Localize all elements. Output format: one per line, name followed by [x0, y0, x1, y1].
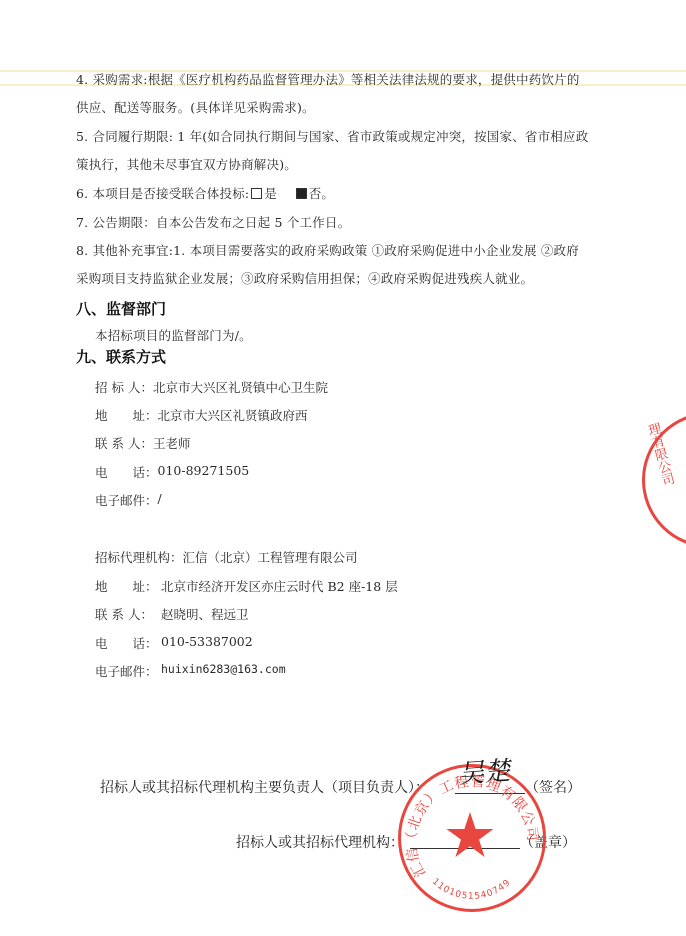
field-label: 电 话：: [95, 634, 161, 652]
tenderer-phone-row: 电 话：010-89271505: [95, 463, 249, 481]
section-8-body: 本招标项目的监督部门为/。: [95, 326, 252, 344]
item-6: 6. 本项目是否接受联合体投标:是 否。: [76, 184, 334, 202]
item-6-prefix: 6. 本项目是否接受联合体投标:: [76, 186, 249, 201]
item-4-line-2: 供应、配送等服务。(具体详见采购需求)。: [76, 98, 315, 116]
agency-address-row: 地 址：北京市经济开发区亦庄云时代 B2 座-18 层: [95, 577, 398, 595]
agency-name-row: 招标代理机构：汇信（北京）工程管理有限公司: [95, 548, 358, 566]
tenderer-name-row: 招 标 人：北京市大兴区礼贤镇中心卫生院: [95, 378, 328, 396]
field-label: 联 系 人：: [95, 434, 153, 452]
field-label: 电子邮件：: [95, 491, 158, 509]
field-value: 王老师: [153, 434, 191, 452]
agency-phone-row: 电 话：010-53387002: [95, 634, 253, 652]
item-5-line-2: 策执行，其他未尽事宜双方协商解决)。: [76, 155, 297, 173]
item-8-line-2: 采购项目支持监狱企业发展；③政府采购信用担保；④政府采购促进残疾人就业。: [76, 269, 533, 287]
tenderer-address-row: 地 址：北京市大兴区礼贤镇政府西: [95, 406, 308, 424]
field-label: 招标代理机构：: [95, 548, 183, 566]
field-value: huixin6283@163.com: [161, 662, 286, 680]
tenderer-contact-row: 联 系 人：王老师: [95, 434, 190, 452]
agency-contact-row: 联 系 人：赵晓明、程远卫: [95, 605, 249, 623]
agency-email-row: 电子邮件：huixin6283@163.com: [95, 662, 286, 680]
field-label: 招 标 人：: [95, 378, 153, 396]
field-label: 电 话：: [95, 463, 158, 481]
handwritten-signature: 吴楚: [457, 750, 511, 791]
item-8-line-1: 8. 其他补充事宜:1. 本项目需要落实的政府采购政策 ①政府采购促进中小企业发…: [76, 241, 579, 259]
item-6-yes-label: 是: [264, 186, 277, 201]
item-4-line-1: 4. 采购需求:根据《医疗机构药品监督管理办法》等相关法律法规的要求，提供中药饮…: [76, 70, 580, 88]
field-label: 地 址：: [95, 406, 158, 424]
item-7: 7. 公告期限：自本公告发布之日起 5 个工作日。: [76, 213, 350, 231]
field-value: 010-89271505: [158, 463, 250, 481]
field-value: /: [158, 491, 162, 509]
item-5-line-1: 5. 合同履行期限: 1 年(如合同执行期间与国家、省市政策或规定冲突，按国家、…: [76, 127, 588, 145]
signature-responsible-label: 招标人或其招标代理机构主要负责人（项目负责人）：: [100, 777, 429, 797]
checkbox-no: [296, 188, 307, 199]
item-6-no-label: 否。: [309, 186, 334, 201]
section-9-title: 九、联系方式: [76, 346, 166, 367]
tenderer-email-row: 电子邮件：/: [95, 491, 162, 509]
field-value: 赵晓明、程远卫: [161, 605, 249, 623]
field-value: 北京市大兴区礼贤镇中心卫生院: [153, 378, 328, 396]
signature-org-label: 招标人或其招标代理机构：: [236, 832, 404, 852]
section-8-title: 八、监督部门: [76, 298, 166, 319]
field-value: 汇信（北京）工程管理有限公司: [183, 548, 358, 566]
checkbox-yes: [251, 188, 262, 199]
field-label: 地 址：: [95, 577, 161, 595]
field-label: 联 系 人：: [95, 605, 161, 623]
field-value: 北京市大兴区礼贤镇政府西: [158, 406, 308, 424]
field-label: 电子邮件：: [95, 662, 161, 680]
svg-text:1101051540749: 1101051540749: [430, 877, 513, 902]
field-value: 北京市经济开发区亦庄云时代 B2 座-18 层: [161, 577, 398, 595]
field-value: 010-53387002: [161, 634, 253, 652]
